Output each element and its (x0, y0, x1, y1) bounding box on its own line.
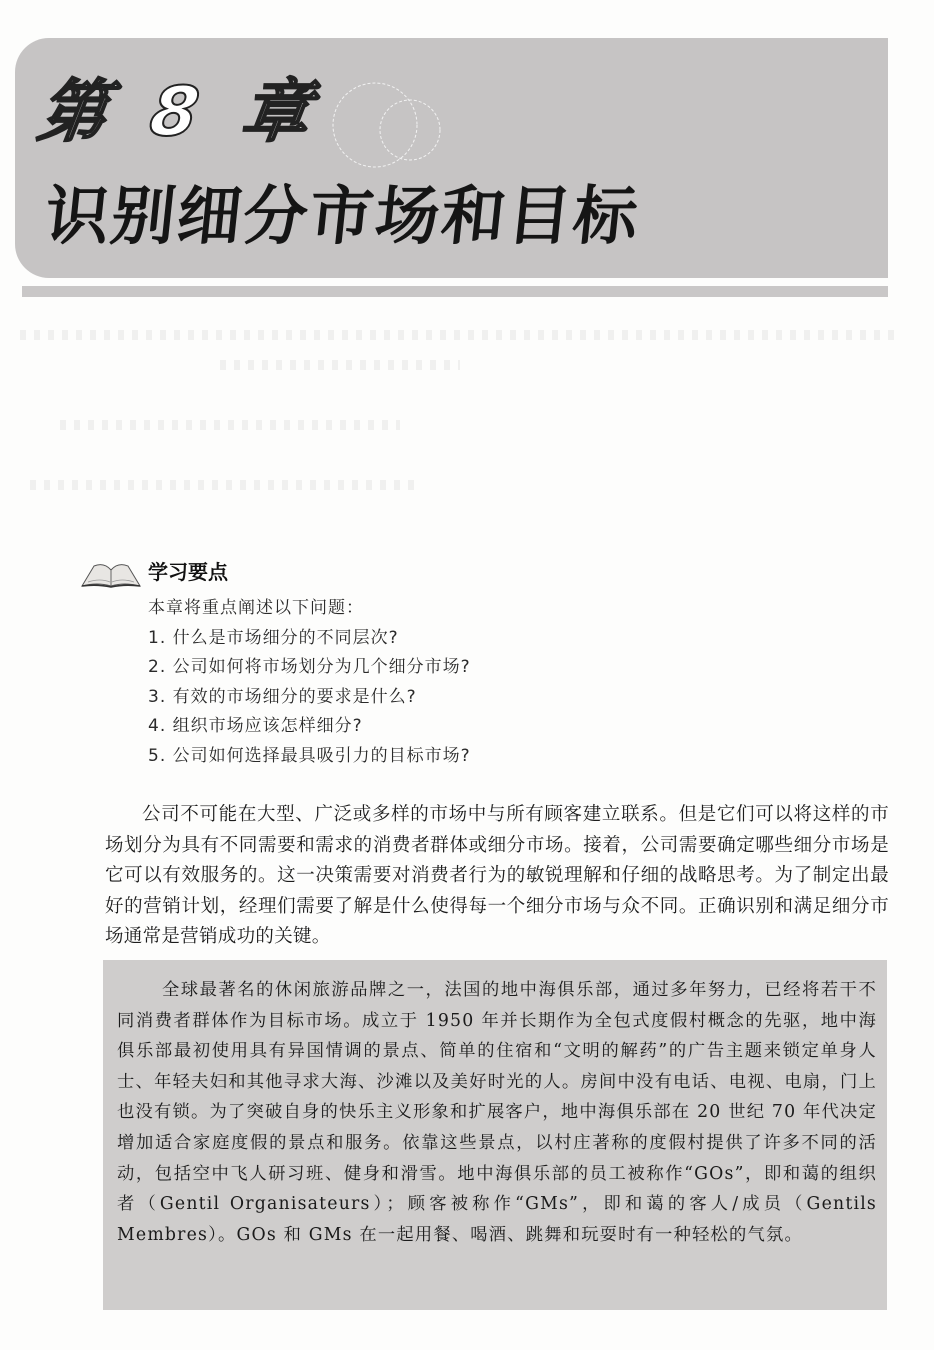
show-through-text (30, 480, 420, 490)
chapter-title: 识别细分市场和目标 (41, 165, 645, 257)
show-through-text (20, 330, 900, 340)
objectives-intro: 本章将重点阐述以下问题： (148, 594, 471, 624)
objective-item: 3. 有效的市场细分的要求是什么? (148, 683, 471, 713)
objective-item: 5. 公司如何选择最具吸引力的目标市场? (148, 742, 471, 772)
objective-item: 4. 组织市场应该怎样细分? (148, 712, 471, 742)
chapter-number: 第 8 章 (33, 58, 327, 155)
show-through-text (220, 360, 460, 370)
objective-item: 2. 公司如何将市场划分为几个细分市场? (148, 653, 471, 683)
decorative-circles-icon (330, 70, 470, 180)
objectives-heading: 学习要点 (148, 556, 228, 585)
show-through-text (60, 420, 400, 430)
case-study-text: 全球最著名的休闲旅游品牌之一，法国的地中海俱乐部，通过多年努力，已经将若干不同消… (117, 975, 877, 1250)
objectives-list: 本章将重点阐述以下问题： 1. 什么是市场细分的不同层次? 2. 公司如何将市场… (148, 594, 471, 771)
header-divider-stripe (22, 286, 888, 297)
intro-paragraph: 公司不可能在大型、广泛或多样的市场中与所有顾客建立联系。但是它们可以将这样的市场… (105, 800, 889, 953)
open-book-icon (80, 560, 142, 588)
objective-item: 1. 什么是市场细分的不同层次? (148, 624, 471, 654)
